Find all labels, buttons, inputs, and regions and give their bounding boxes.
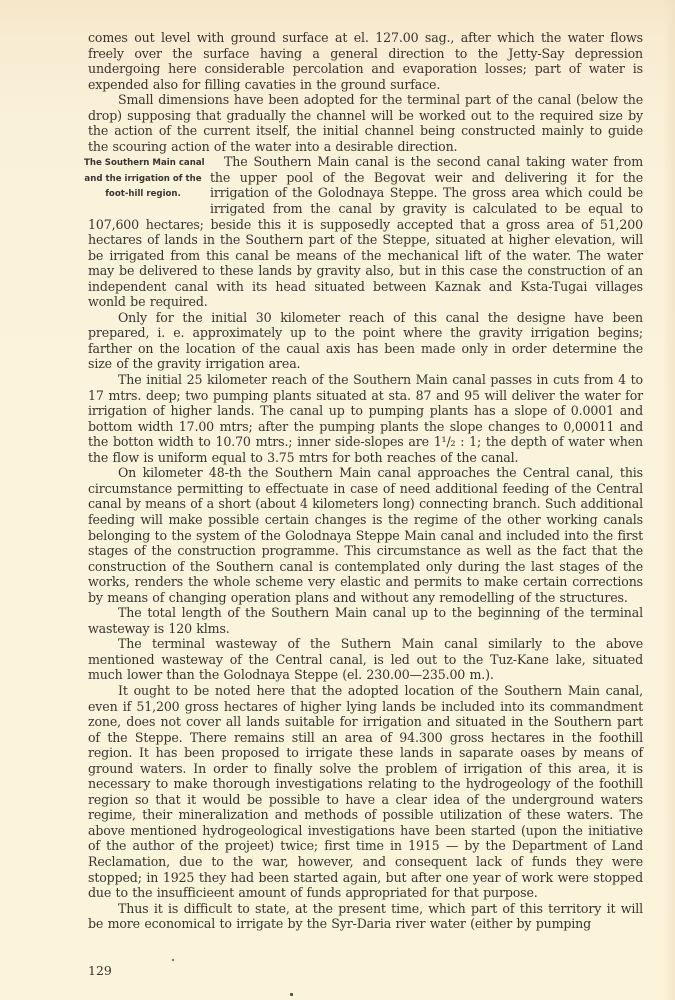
paragraph-terminal-part: Small dimensions have been adopted for t…: [88, 92, 643, 154]
body-text: comes out level with ground surface at e…: [88, 30, 643, 932]
page-edge-shadow: [663, 0, 675, 1000]
paragraph-total-length: The total length of the Southern Main ca…: [88, 605, 643, 636]
side-heading-line: The Southern Main canal: [84, 156, 202, 171]
page-number: 129: [88, 963, 112, 978]
paragraph-terminal-wasteway: The terminal wasteway of the Suthern Mai…: [88, 636, 643, 683]
paragraph-syr-daria: Thus it is difficult to state, at the pr…: [88, 901, 643, 932]
paragraph-initial-reach: Only for the initial 30 kilometer reach …: [88, 310, 643, 372]
paragraph-continued: comes out level with ground surface at e…: [88, 30, 643, 92]
paragraph-foothill-region: It ought to be noted here that the adopt…: [88, 683, 643, 901]
side-heading-line: foot-hill region.: [84, 187, 202, 202]
side-heading-line: and the irrigation of the: [84, 172, 202, 187]
side-heading: The Southern Main canal and the irrigati…: [84, 156, 202, 202]
print-speck: [172, 959, 174, 961]
section-southern-main-canal: The Southern Main canal and the irrigati…: [88, 154, 643, 309]
paragraph-kilometer-48: On kilometer 48-th the Southern Main can…: [88, 465, 643, 605]
print-speck: [290, 993, 293, 996]
paragraph-pumping-plants: The initial 25 kilometer reach of the So…: [88, 372, 643, 465]
